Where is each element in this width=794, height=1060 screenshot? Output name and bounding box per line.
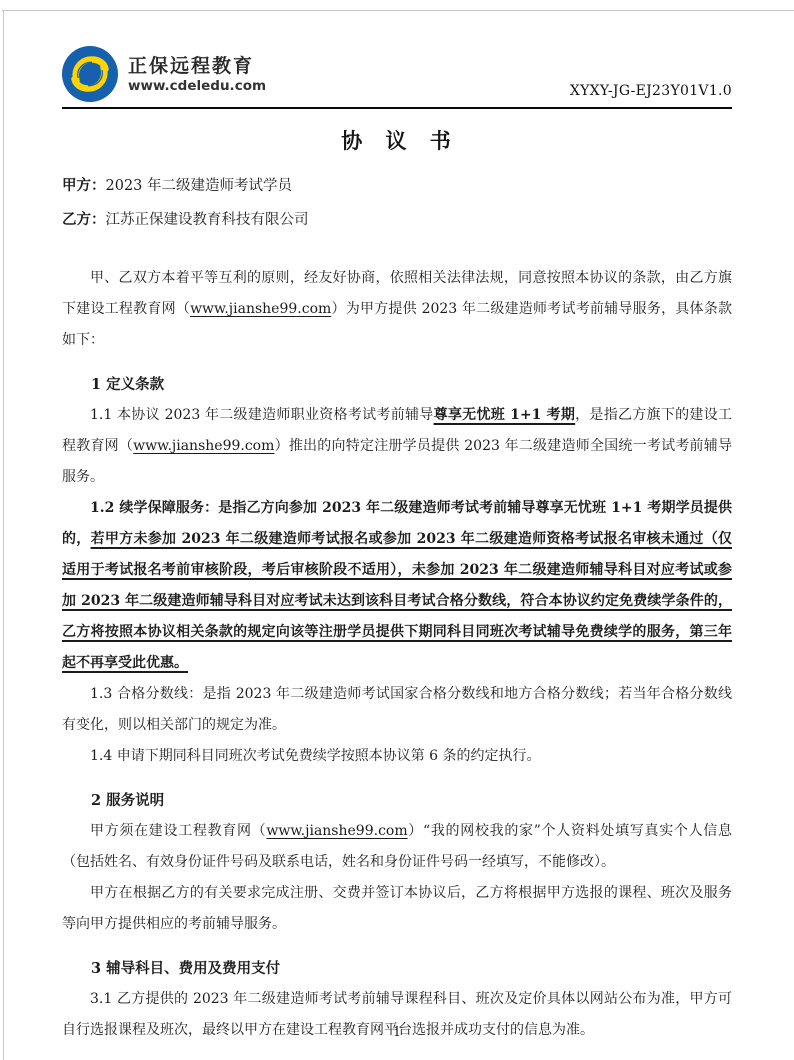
section-1-heading: 1 定义条款 (62, 369, 732, 400)
agreement-document-page: 正保远程教育 www.cdeledu.com XYXY-JG-EJ23Y01V1… (0, 0, 794, 1060)
clause-2-1-text: 甲方须在建设工程教育网（ (90, 823, 266, 839)
clause-2-2: 甲方在根据乙方的有关要求完成注册、交费并签订本协议后，乙方将根据甲方选报的课程、… (62, 878, 732, 940)
party-b-label: 乙方： (62, 211, 106, 228)
document-code: XYXY-JG-EJ23Y01V1.0 (570, 83, 732, 102)
clause-1-1-text: 1.1 本协议 2023 年二级建造师职业资格考试考前辅导 (90, 407, 434, 423)
company-brand: 正保远程教育 www.cdeledu.com (62, 46, 266, 102)
section-3-heading: 3 辅导科目、费用及费用支付 (62, 953, 732, 984)
intro-paragraph: 甲、乙双方本着平等互利的原则，经友好协商，依照相关法律法规，同意按照本协议的条款… (62, 263, 732, 356)
clause-1-3: 1.3 合格分数线：是指 2023 年二级建造师考试国家合格分数线和地方合格分数… (62, 679, 732, 741)
clause-1-4: 1.4 申请下期同科目同班次考试免费续学按照本协议第 6 条的约定执行。 (62, 741, 732, 772)
section-2-heading: 2 服务说明 (62, 785, 732, 816)
clause-2-1: 甲方须在建设工程教育网（www.jianshe99.com）“我的网校我的家”个… (62, 816, 732, 878)
document-header: 正保远程教育 www.cdeledu.com XYXY-JG-EJ23Y01V1… (62, 0, 732, 102)
page-border-left (3, 10, 4, 1060)
website-link[interactable]: www.jianshe99.com (190, 301, 331, 317)
party-a-value: 2023 年二级建造师考试学员 (106, 178, 293, 194)
parties-block: 甲方：2023 年二级建造师考试学员 乙方：江苏正保建设教育科技有限公司 (62, 169, 732, 237)
clause-1-1: 1.1 本协议 2023 年二级建造师职业资格考试考前辅导尊享无忧班 1+1 考… (62, 400, 732, 493)
document-body: 甲、乙双方本着平等互利的原则，经友好协商，依照相关法律法规，同意按照本协议的条款… (62, 263, 732, 1046)
website-link[interactable]: www.jianshe99.com (266, 823, 407, 839)
clause-1-2: 1.2 续学保障服务：是指乙方向参加 2023 年二级建造师考试考前辅导尊享无忧… (62, 493, 732, 679)
header-rule (62, 107, 732, 109)
page-border-top (2, 10, 794, 11)
page-number: 1 (0, 1025, 794, 1040)
party-a-label: 甲方： (62, 177, 106, 194)
website-link[interactable]: www.jianshe99.com (133, 438, 274, 454)
company-logo-icon (62, 46, 118, 102)
brand-name: 正保远程教育 (128, 54, 266, 78)
party-a-line: 甲方：2023 年二级建造师考试学员 (62, 169, 732, 203)
party-b-line: 乙方：江苏正保建设教育科技有限公司 (62, 203, 732, 237)
clause-1-1-emphasis: 尊享无忧班 1+1 考期 (434, 407, 576, 423)
brand-text: 正保远程教育 www.cdeledu.com (128, 54, 266, 95)
brand-url: www.cdeledu.com (128, 78, 266, 95)
clause-1-2-underlined: 若甲方未参加 2023 年二级建造师考试报名或参加 2023 年二级建造师资格考… (62, 531, 732, 671)
document-title: 协 议 书 (62, 125, 732, 155)
party-b-value: 江苏正保建设教育科技有限公司 (106, 212, 309, 228)
